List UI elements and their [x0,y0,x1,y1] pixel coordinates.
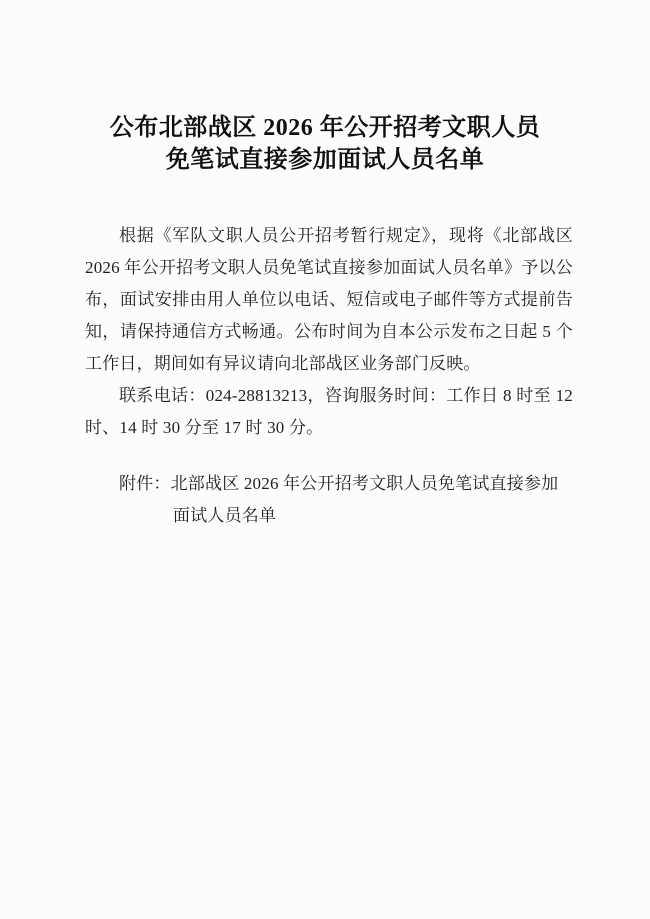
attachment-label: 附件： [119,474,171,493]
document-title: 公布北部战区 2026 年公开招考文职人员 免笔试直接参加面试人员名单 [0,112,650,176]
paragraph-announcement: 根据《军队文职人员公开招考暂行规定》，现将《北部战区 2026 年公开招考文职人… [85,220,573,380]
title-line-1: 公布北部战区 2026 年公开招考文职人员 [0,112,650,144]
document-page: 公布北部战区 2026 年公开招考文职人员 免笔试直接参加面试人员名单 根据《军… [0,0,650,919]
title-line-2: 免笔试直接参加面试人员名单 [0,144,650,176]
attachment-title: 北部战区 2026 年公开招考文职人员免笔试直接参加面试人员名单 [171,474,559,525]
document-body: 根据《军队文职人员公开招考暂行规定》，现将《北部战区 2026 年公开招考文职人… [85,220,573,532]
paragraph-contact: 联系电话：024-28813213，咨询服务时间：工作日 8 时至 12 时、1… [85,380,573,444]
attachment-section: 附件：北部战区 2026 年公开招考文职人员免笔试直接参加面试人员名单 [85,468,573,532]
